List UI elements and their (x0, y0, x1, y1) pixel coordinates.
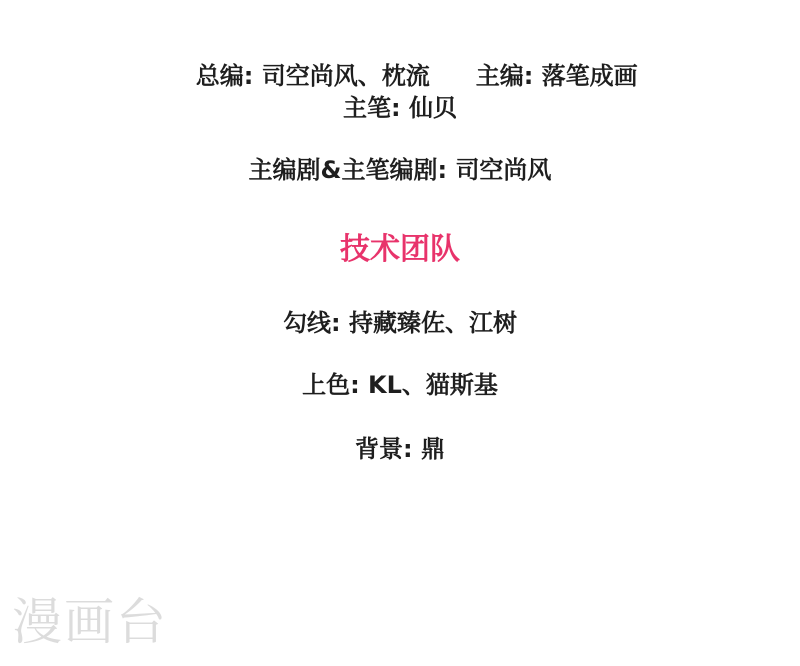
credit-value: 鼎 (421, 435, 445, 463)
credit-background: 背景: 鼎 (0, 434, 800, 464)
credit-label: 总编 (196, 62, 244, 90)
credit-label: 主编 (476, 62, 524, 90)
credit-value: KL、猫斯基 (368, 371, 498, 399)
credit-label: 背景 (355, 435, 403, 463)
credit-value: 仙贝 (409, 94, 457, 122)
credit-value: 落笔成画 (542, 62, 638, 90)
credit-value: 司空尚风 (455, 156, 551, 184)
credit-label: 上色 (302, 371, 350, 399)
credit-separator: : (403, 435, 421, 463)
credit-separator: : (244, 62, 262, 90)
credit-label: 主编剧&主笔编剧 (249, 156, 438, 184)
credit-chief-editor: 总编: 司空尚风、枕流 (196, 61, 430, 91)
credit-separator: : (350, 371, 368, 399)
credit-value: 司空尚风、枕流 (262, 62, 430, 90)
credit-label: 主笔 (343, 94, 391, 122)
credit-separator: : (524, 62, 542, 90)
credit-screenwriter: 主编剧&主笔编剧: 司空尚风 (0, 155, 800, 185)
credit-separator: : (437, 156, 455, 184)
credit-value: 持藏臻佐、江树 (349, 309, 517, 337)
watermark-logo: 漫画台 (12, 592, 168, 652)
credit-coloring: 上色: KL、猫斯基 (0, 370, 800, 400)
credit-separator: : (391, 94, 409, 122)
credit-editor: 主编: 落笔成画 (476, 61, 638, 91)
credit-lead-artist: 主笔: 仙贝 (0, 93, 800, 123)
credit-separator: : (331, 309, 349, 337)
credit-line-art: 勾线: 持藏臻佐、江树 (0, 308, 800, 338)
credit-label: 勾线 (283, 309, 331, 337)
tech-team-heading: 技术团队 (0, 232, 800, 268)
